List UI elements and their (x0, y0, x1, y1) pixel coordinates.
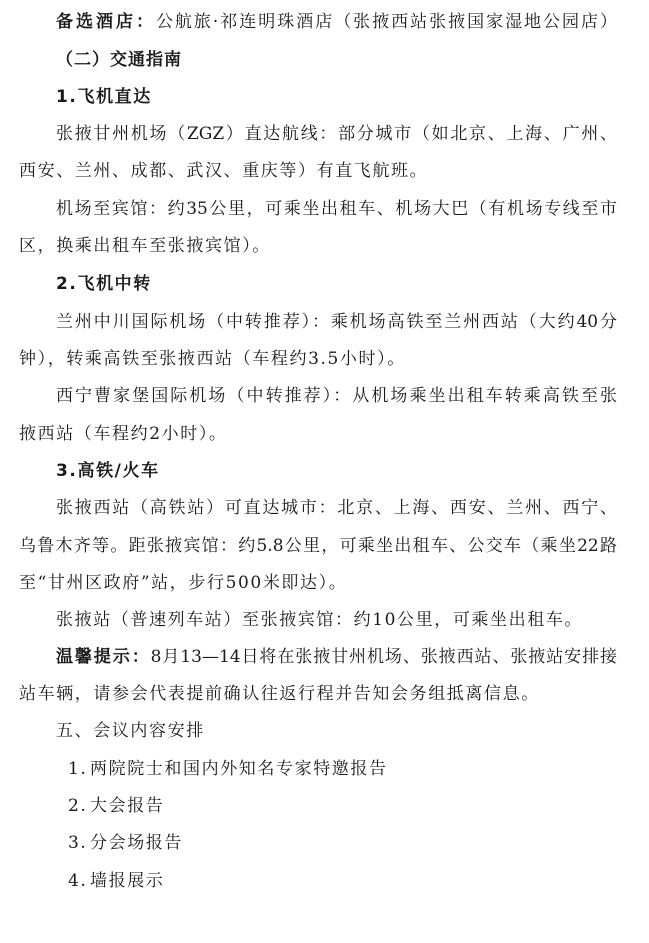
flight-direct-para2-line2: 区，换乘出租车至张掖宾馆）。 (19, 231, 617, 261)
agenda-item-3: 3.分会场报告 (68, 828, 617, 858)
flight-transfer-para2-line1: 西宁曹家堡国际机场（中转推荐）：从机场乘坐出租车转乘高铁至张 (56, 381, 617, 411)
agenda-title: 五、会议内容安排 (56, 716, 617, 746)
agenda-item-number: 2. (68, 791, 90, 821)
agenda-item-1: 1.两院院士和国内外知名专家特邀报告 (68, 754, 617, 784)
tip-label: 温馨提示： (56, 647, 151, 667)
flight-direct-heading: 1.飞机直达 (56, 82, 617, 112)
tip-line2: 站车辆，请参会代表提前确认往返行程并告知会务组抵离信息。 (19, 679, 617, 709)
agenda-item-label: 分会场报告 (90, 833, 183, 853)
agenda-item-label: 大会报告 (90, 796, 164, 816)
document-page: 备选酒店：公航旅·祁连明珠酒店（张掖西站张掖国家湿地公园店） （二）交通指南 1… (0, 0, 649, 943)
flight-transfer-para2-line2: 掖西站（车程约2小时）。 (19, 419, 617, 449)
flight-transfer-para1-line2: 钟），转乘高铁至张掖西站（车程约3.5小时）。 (19, 344, 617, 374)
agenda-item-2: 2.大会报告 (68, 791, 617, 821)
flight-direct-para1-line2: 西安、兰州、成都、武汉、重庆等）有直飞航班。 (19, 156, 617, 186)
alternate-hotel-label: 备选酒店： (56, 12, 156, 32)
train-para2-line1: 张掖站（普速列车站）至张掖宾馆：约10公里，可乘坐出租车。 (56, 605, 617, 635)
tip-text-line1: 8月13—14日将在张掖甘州机场、张掖西站、张掖站安排接 (151, 647, 617, 667)
train-para1-line2: 乌鲁木齐等。距张掖宾馆：约5.8公里，可乘坐出租车、公交车（乘坐22路 (19, 531, 617, 561)
agenda-item-label: 墙报展示 (90, 871, 164, 891)
agenda-item-number: 4. (68, 866, 90, 896)
agenda-item-label: 两院院士和国内外知名专家特邀报告 (90, 759, 388, 779)
alternate-hotel-line: 备选酒店：公航旅·祁连明珠酒店（张掖西站张掖国家湿地公园店） (56, 7, 617, 37)
agenda-item-number: 1. (68, 754, 90, 784)
alternate-hotel-value: 公航旅·祁连明珠酒店（张掖西站张掖国家湿地公园店） (156, 12, 617, 32)
flight-direct-para1-line1: 张掖甘州机场（ZGZ）直达航线：部分城市（如北京、上海、广州、 (56, 119, 617, 149)
train-para1-line1: 张掖西站（高铁站）可直达城市：北京、上海、西安、兰州、西宁、 (56, 493, 617, 523)
agenda-item-4: 4.墙报展示 (68, 866, 617, 896)
transport-guide-title: （二）交通指南 (56, 45, 617, 75)
train-heading: 3.高铁/火车 (56, 456, 617, 486)
flight-direct-para2-line1: 机场至宾馆：约35公里，可乘坐出租车、机场大巴（有机场专线至市 (56, 194, 617, 224)
flight-transfer-heading: 2.飞机中转 (56, 269, 617, 299)
flight-transfer-para1-line1: 兰州中川国际机场（中转推荐）：乘机场高铁至兰州西站（大约40分 (56, 307, 617, 337)
tip-line1: 温馨提示：8月13—14日将在张掖甘州机场、张掖西站、张掖站安排接 (56, 642, 617, 672)
train-para1-line3: 至“甘州区政府”站，步行500米即达）。 (19, 568, 617, 598)
agenda-item-number: 3. (68, 828, 90, 858)
